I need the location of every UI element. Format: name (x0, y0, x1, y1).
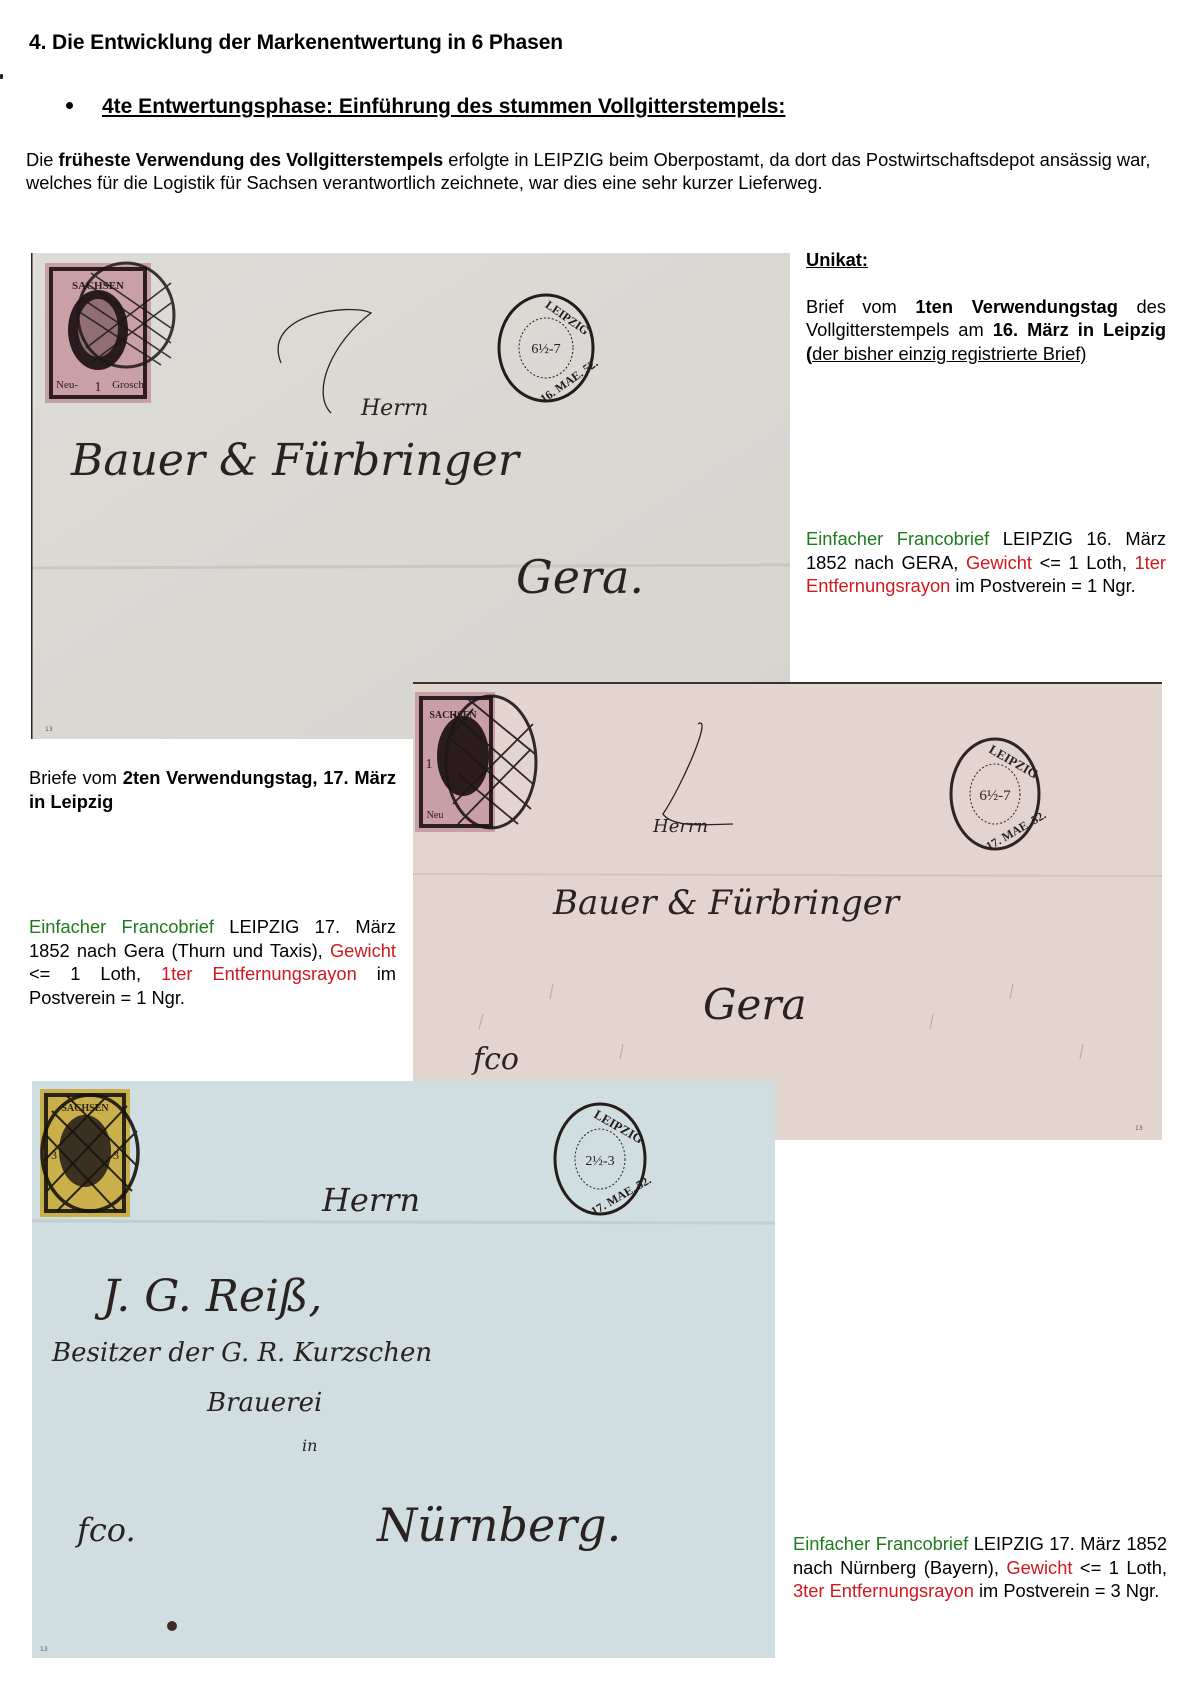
svg-text:Neu: Neu (427, 810, 444, 821)
svg-text:6½-7: 6½-7 (979, 788, 1011, 804)
letter-image-3: SACHSEN 3 3 LEIPZIG 2½-3 17. MAE. 52. He… (32, 1081, 775, 1658)
svg-text:Nürnberg.: Nürnberg. (376, 1498, 621, 1552)
intro-lead: Die (26, 149, 59, 170)
intro-paragraph: Die früheste Verwendung des Vollgitterst… (26, 148, 1186, 194)
letter-1-note: Unikat: Brief vom 1ten Verwendungstag de… (806, 248, 1166, 365)
svg-text:fco.: fco. (75, 1511, 136, 1549)
svg-text:fco: fco (471, 1042, 519, 1077)
letter-3-description: Einfacher Francobrief LEIPZIG 17. März 1… (793, 1532, 1167, 1603)
stamp-3-neugroschen: SACHSEN 3 3 (40, 1089, 138, 1217)
svg-text:J. G. Reiß,: J. G. Reiß, (94, 1271, 322, 1322)
svg-text:Besitzer der G. R. Kurzschen: Besitzer der G. R. Kurzschen (51, 1338, 432, 1368)
intro-bold: früheste Verwendung des Vollgitterstempe… (59, 149, 444, 170)
letter-1-description: Einfacher Francobrief LEIPZIG 16. März 1… (806, 527, 1166, 598)
svg-text:2½-3: 2½-3 (585, 1154, 614, 1169)
svg-text:13: 13 (1135, 1125, 1143, 1132)
unikat-label: Unikat: (806, 248, 1166, 272)
svg-text:Herrn: Herrn (652, 816, 708, 837)
svg-text:1: 1 (95, 380, 102, 395)
letter-2-note: Briefe vom 2ten Verwendungstag, 17. März… (29, 766, 396, 813)
bullet-icon (66, 102, 73, 109)
cover-leipzig-gera-17-maerz: SACHSEN 1 Neu LEIPZIG 6½-7 17. MAE. 52. … (413, 684, 1162, 1140)
letter-2-description: Einfacher Francobrief LEIPZIG 17. März 1… (29, 915, 396, 1009)
margin-mark (0, 74, 3, 79)
svg-text:Herrn: Herrn (360, 396, 428, 421)
cover-leipzig-gera-16-maerz: SACHSEN Neu- 1 Grosch LEIPZIG 6½-7 16. M… (31, 253, 790, 739)
svg-text:Gera: Gera (703, 980, 807, 1029)
svg-text:SACHSEN: SACHSEN (61, 1103, 109, 1114)
svg-text:Herrn: Herrn (321, 1181, 420, 1219)
section-heading: 4te Entwertungsphase: Einführung des stu… (66, 95, 785, 119)
svg-text:Gera.: Gera. (516, 550, 644, 604)
svg-text:6½-7: 6½-7 (531, 342, 560, 357)
svg-text:13: 13 (40, 1646, 48, 1653)
letter-1-note-text: Brief vom 1ten Verwendungstag des Vollgi… (806, 295, 1166, 366)
letter-image-1: SACHSEN Neu- 1 Grosch LEIPZIG 6½-7 16. M… (31, 253, 790, 739)
svg-text:Grosch: Grosch (112, 379, 144, 391)
letter-image-2: SACHSEN 1 Neu LEIPZIG 6½-7 17. MAE. 52. … (413, 682, 1162, 1140)
cover-leipzig-nuernberg-17-maerz: SACHSEN 3 3 LEIPZIG 2½-3 17. MAE. 52. He… (32, 1081, 775, 1658)
svg-text:Bauer & Fürbringer: Bauer & Fürbringer (70, 435, 522, 486)
svg-text:Neu-: Neu- (56, 379, 78, 391)
svg-text:Brauerei: Brauerei (206, 1388, 322, 1418)
page-heading: 4. Die Entwicklung der Markenentwertung … (29, 31, 563, 55)
svg-text:1: 1 (426, 757, 433, 772)
svg-text:Bauer & Fürbringer: Bauer & Fürbringer (552, 883, 901, 923)
svg-text:13: 13 (45, 726, 53, 733)
svg-text:in: in (302, 1436, 317, 1455)
section-heading-text: 4te Entwertungsphase: Einführung des stu… (102, 95, 785, 118)
